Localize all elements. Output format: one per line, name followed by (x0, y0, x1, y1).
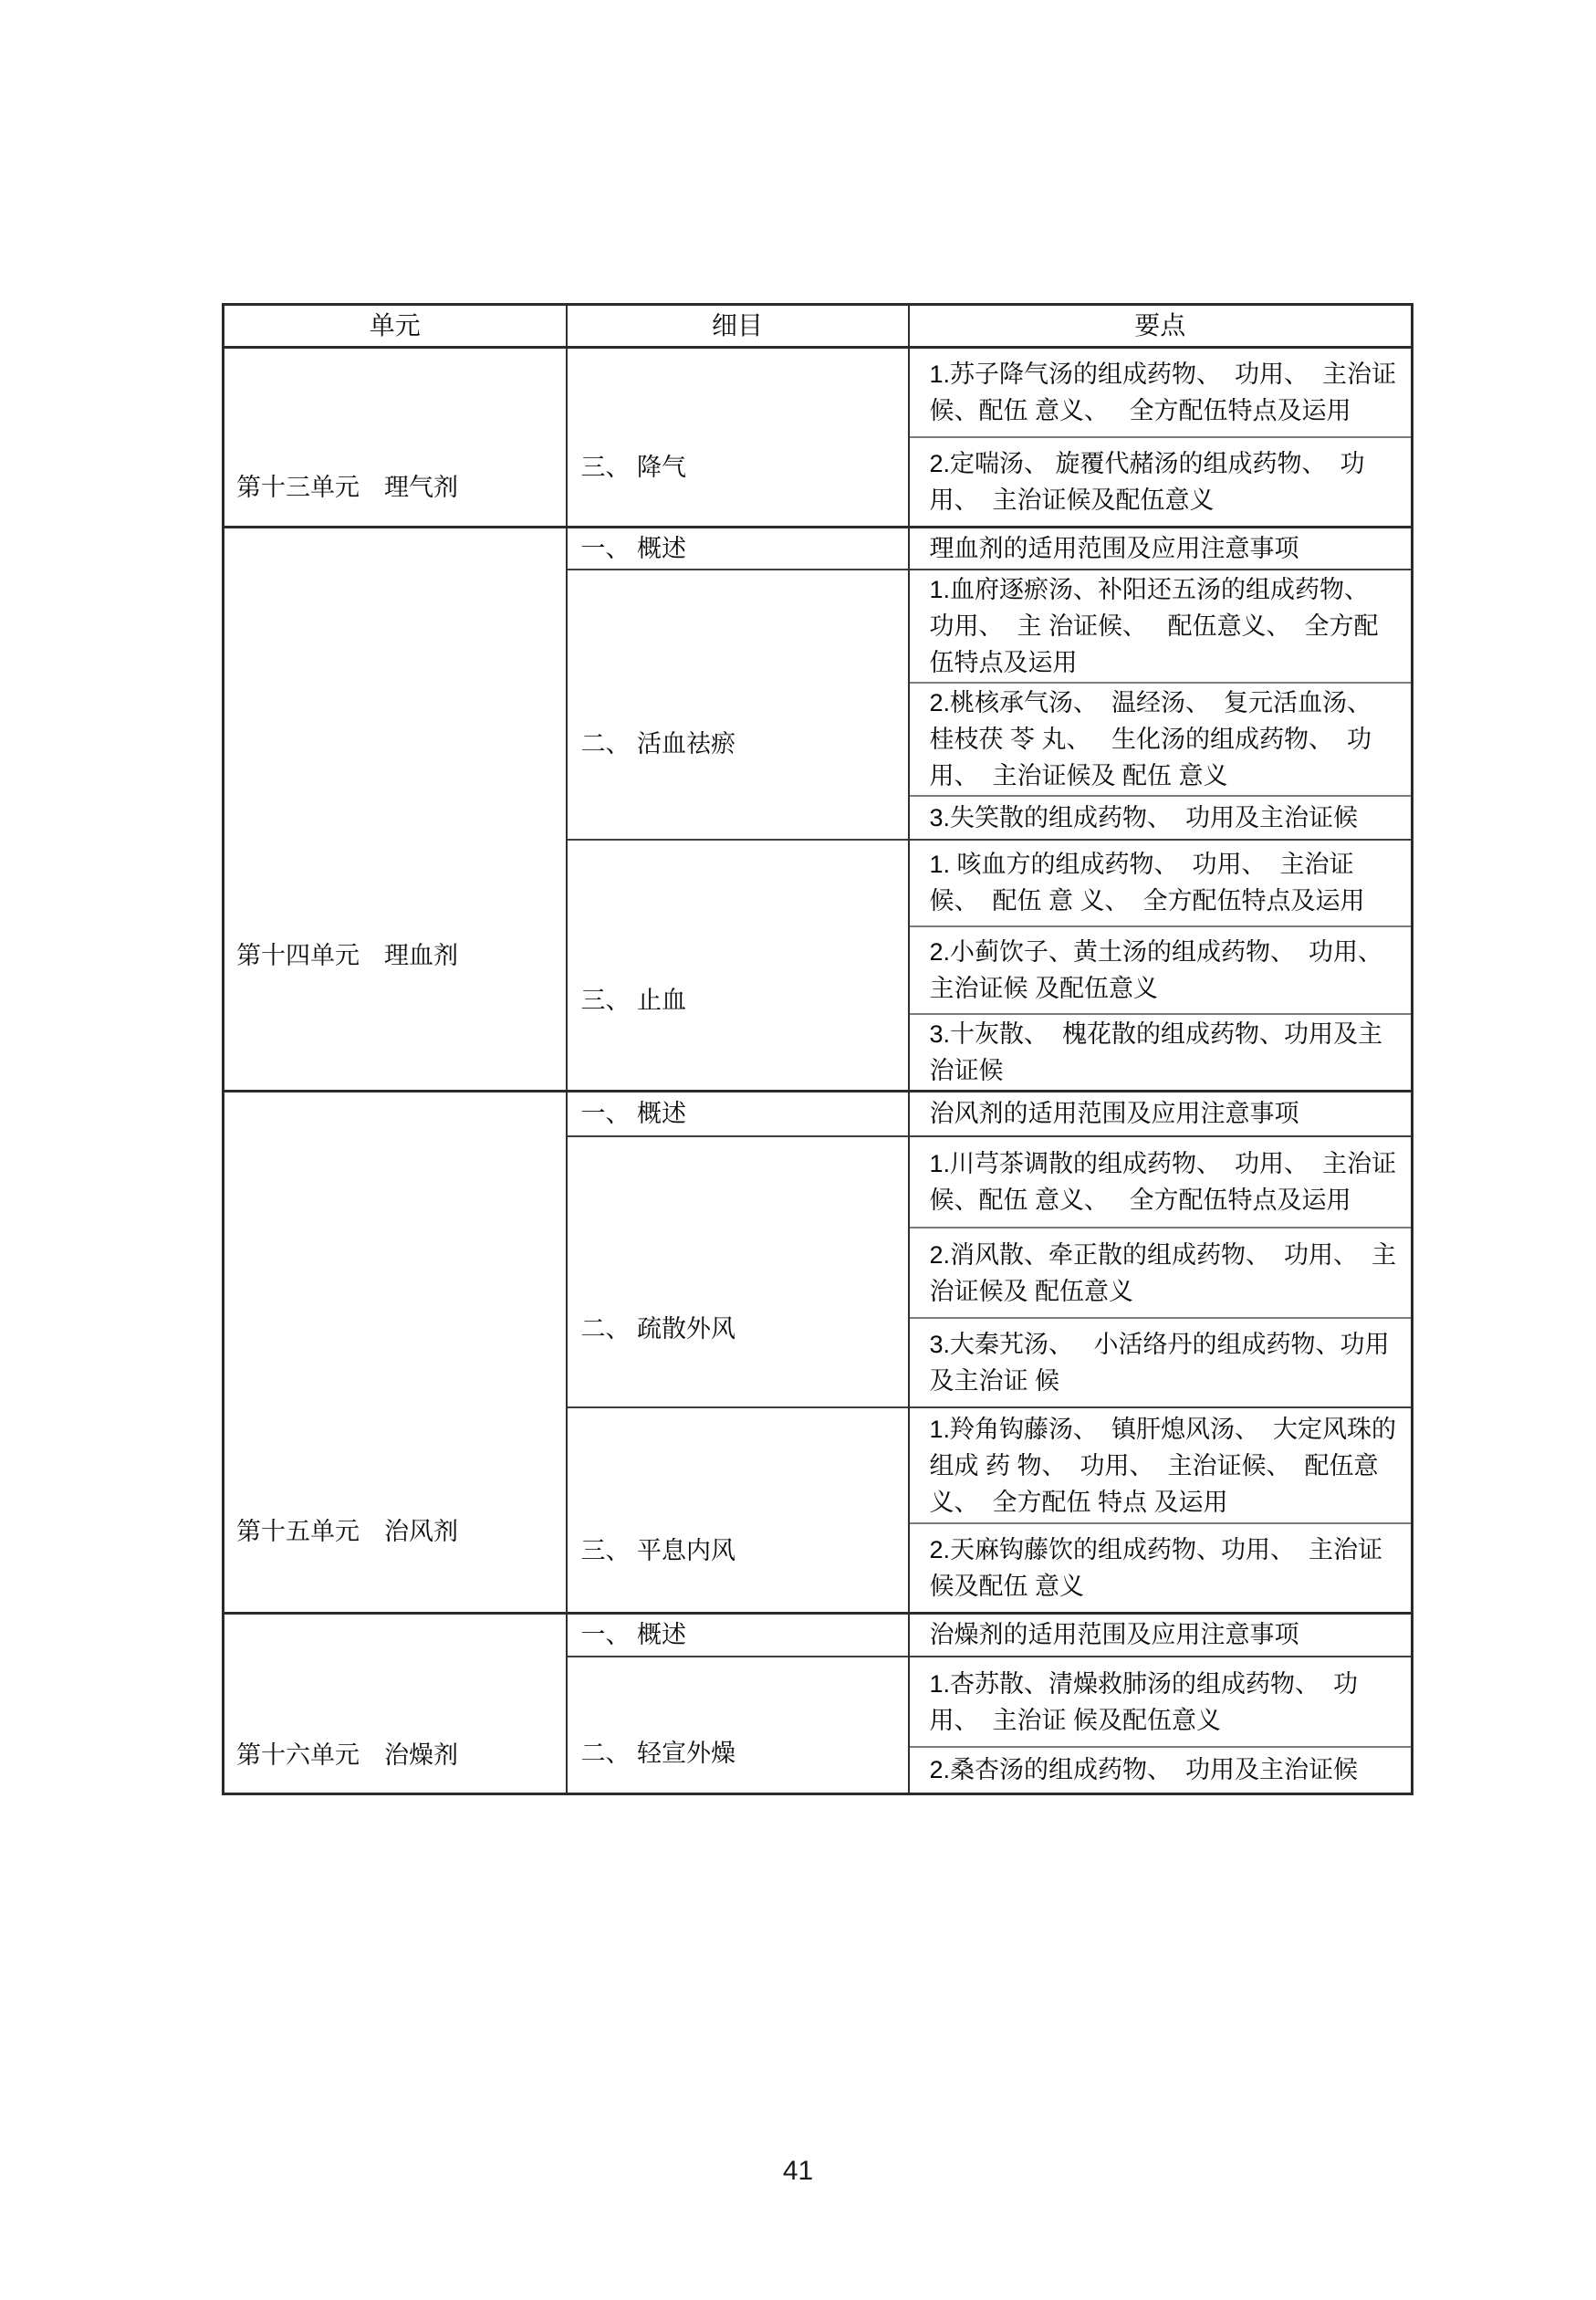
subitem-cell-14-huoxue: 二、 活血祛瘀 (567, 570, 909, 840)
column-header-subitem: 细目 (567, 305, 909, 348)
unit-cell-16: 第十六单元 治燥剂 (224, 1613, 567, 1793)
page-number: 41 (0, 2156, 1596, 2187)
point-cell: 3.失笑散的组成药物、 功用及主治证候 (909, 796, 1413, 840)
subitem-cell-13-jiangqi: 三、 降气 (567, 348, 909, 528)
point-cell: 1.川芎茶调散的组成药物、 功用、 主治证候、配伍 意义、 全方配伍特点及运用 (909, 1136, 1413, 1228)
point-cell: 1. 咳血方的组成药物、 功用、 主治证候、 配伍 意 义、 全方配伍特点及运用 (909, 840, 1413, 926)
unit-cell-14: 第十四单元 理血剂 (224, 528, 567, 1092)
point-cell: 理血剂的适用范围及应用注意事项 (909, 528, 1413, 570)
point-cell: 2.天麻钩藤饮的组成药物、功用、 主治证候及配伍 意义 (909, 1523, 1413, 1613)
point-cell: 1.血府逐瘀汤、补阳还五汤的组成药物、 功用、 主 治证候、 配伍意义、 全方配… (909, 570, 1413, 683)
syllabus-table: 单元 细目 要点 第十三单元 理气剂 三、 降气 1.苏子降气汤的组成药物、 功… (222, 303, 1413, 1795)
point-cell: 3.十灰散、 槐花散的组成药物、功用及主治证候 (909, 1014, 1413, 1092)
subitem-cell-15-pingxi: 三、 平息内风 (567, 1407, 909, 1613)
point-cell: 2.小蓟饮子、黄土汤的组成药物、 功用、 主治证候 及配伍意义 (909, 926, 1413, 1014)
subitem-cell-16-qingxuan: 二、 轻宣外燥 (567, 1657, 909, 1793)
subitem-cell-16-gaishu: 一、 概述 (567, 1613, 909, 1657)
subitem-cell-15-shusan: 二、 疏散外风 (567, 1136, 909, 1407)
subitem-cell-15-gaishu: 一、 概述 (567, 1091, 909, 1136)
unit-cell-13: 第十三单元 理气剂 (224, 348, 567, 528)
point-cell: 1.羚角钩藤汤、 镇肝熄风汤、 大定风珠的组成 药 物、 功用、 主治证候、 配… (909, 1407, 1413, 1523)
document-page: 单元 细目 要点 第十三单元 理气剂 三、 降气 1.苏子降气汤的组成药物、 功… (0, 0, 1596, 2300)
point-cell: 2.桑杏汤的组成药物、 功用及主治证候 (909, 1747, 1413, 1793)
subitem-cell-14-gaishu: 一、 概述 (567, 528, 909, 570)
column-header-points: 要点 (909, 305, 1413, 348)
unit-cell-15: 第十五单元 治风剂 (224, 1091, 567, 1613)
point-cell: 3.大秦艽汤、 小活络丹的组成药物、功用及主治证 候 (909, 1318, 1413, 1407)
point-cell: 2.定喘汤、 旋覆代赭汤的组成药物、 功用、 主治证候及配伍意义 (909, 437, 1413, 528)
point-cell: 1.苏子降气汤的组成药物、 功用、 主治证候、配伍 意义、 全方配伍特点及运用 (909, 348, 1413, 437)
subitem-cell-14-zhixue: 三、 止血 (567, 840, 909, 1092)
point-cell: 治风剂的适用范围及应用注意事项 (909, 1091, 1413, 1136)
column-header-unit: 单元 (224, 305, 567, 348)
point-cell: 2.桃核承气汤、 温经汤、 复元活血汤、 桂枝茯 苓 丸、 生化汤的组成药物、 … (909, 683, 1413, 796)
point-cell: 2.消风散、牵正散的组成药物、 功用、 主治证候及 配伍意义 (909, 1228, 1413, 1318)
point-cell: 1.杏苏散、清燥救肺汤的组成药物、 功用、 主治证 候及配伍意义 (909, 1657, 1413, 1747)
point-cell: 治燥剂的适用范围及应用注意事项 (909, 1613, 1413, 1657)
